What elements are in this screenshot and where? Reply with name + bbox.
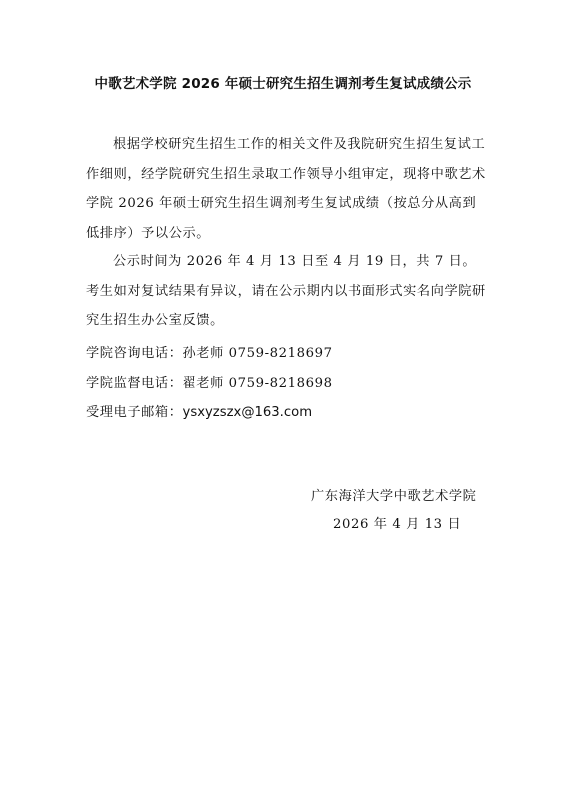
paragraph-intro: 根据学校研究生招生工作的相关文件及我院研究生招生复试工作细则，经学院研究生招生录… xyxy=(86,130,486,248)
contact-label: 受理电子邮箱： xyxy=(86,405,183,420)
contact-email: 受理电子邮箱：ysxyzszx@163.com xyxy=(86,403,312,423)
paragraph-publicity-period: 公示时间为 2026 年 4 月 13 日至 4 月 19 日，共 7 日。考生… xyxy=(86,247,486,336)
signature-organization: 广东海洋大学中歌艺术学院 xyxy=(311,487,476,507)
contact-supervision-phone: 学院监督电话：翟老师 0759-8218698 xyxy=(86,374,333,394)
contact-label: 学院咨询电话： xyxy=(86,346,183,361)
contact-value: 翟老师 0759-8218698 xyxy=(183,376,333,391)
signature-date: 2026 年 4 月 13 日 xyxy=(333,515,461,535)
document-title: 中歌艺术学院 2026 年硕士研究生招生调剂考生复试成绩公示 xyxy=(0,74,566,94)
contact-value: 孙老师 0759-8218697 xyxy=(183,346,333,361)
contact-label: 学院监督电话： xyxy=(86,376,183,391)
contact-email-value: ysxyzszx@163.com xyxy=(183,405,313,420)
contact-consultation-phone: 学院咨询电话：孙老师 0759-8218697 xyxy=(86,344,333,364)
document-page: 中歌艺术学院 2026 年硕士研究生招生调剂考生复试成绩公示 根据学校研究生招生… xyxy=(0,0,566,800)
